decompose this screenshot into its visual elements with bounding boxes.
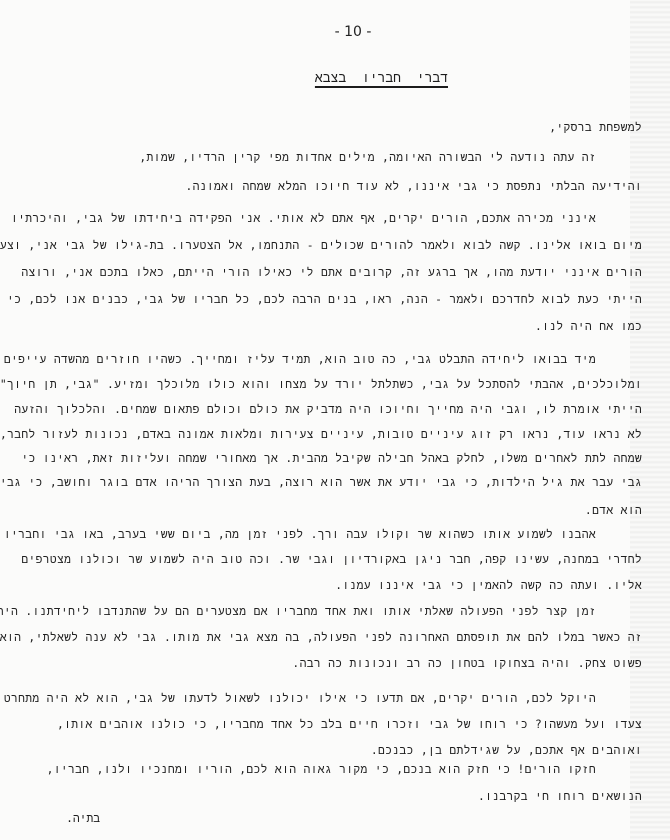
text-line: מיד בבואו ליחידה התבלט גבי, כה טוב הוא, … xyxy=(4,353,596,367)
text-line: והידיעה הבלתי נתפסת כי גבי איננו, לא עוד… xyxy=(185,180,642,194)
salutation: למשפחת ברסקי, xyxy=(549,121,642,135)
text-line: זה עתה נודעה לי הבשורה האיומה, מילים אחד… xyxy=(139,151,596,165)
document-page: - 10 - דברי חבריו בצבא למשפחת ברסקי, זה … xyxy=(0,0,670,840)
text-line: צעדו ועל מעשהו? כי רוחו של גבי וזכרו חיי… xyxy=(57,718,642,732)
page-number: - 10 - xyxy=(0,24,670,40)
document-title: דברי חבריו בצבא xyxy=(315,71,448,86)
text-line: אליו. ועתה כה קשה להאמין כי גבי איננו עמ… xyxy=(335,579,642,593)
text-line: לחדרי במחנה, עשינו קפה, חבר ניגן באקורדי… xyxy=(21,553,642,567)
text-line: ואוהבים אף אתכם, על שגידלתם בן, כבנכם. xyxy=(371,744,642,758)
text-line: אהבנו לשמוע אותו כשהוא שר וקולו עבה ורך.… xyxy=(4,528,596,542)
text-line: זמן קצר לפני הפעולה שאלתי אותו ואת אחד מ… xyxy=(0,605,596,619)
text-line: הנושאים רוחו חי בקרבנו. xyxy=(478,790,642,804)
text-line: גבי עבר את גיל הילדות, כי גבי יודע את אש… xyxy=(0,476,642,490)
text-line: הייתי אומרת לו, וגבי היה מחייך וחיוכו הי… xyxy=(14,403,642,417)
text-line: לא נראו עוד, נראו רק זוג עיניים טובות, ע… xyxy=(0,428,642,442)
text-line: כמו אח היה לנו. xyxy=(535,320,642,334)
text-line: היוקל לכם, הורים יקרים, אם תדעו כי אילו … xyxy=(0,692,596,706)
text-line: ומלוכלכים, אהבתי להסתכל על גבי, כשתלתל י… xyxy=(0,378,642,392)
text-line: אינני מכירה אתכם, הורים יקרים, אף אתם לא… xyxy=(11,212,596,226)
text-line: חזקו הורים! כי חזק הוא בנכם, כי מקור גאו… xyxy=(47,763,596,777)
text-line: הוא אדם. xyxy=(585,504,642,518)
signature: בתיה. xyxy=(66,812,100,826)
text-line: הייתי כעת לבוא לחדרכם ולאמר - הנה, ראו, … xyxy=(7,293,642,307)
text-line: פשוט צחק. והיה בצחוקו בטחון כה רב ונכונו… xyxy=(292,657,642,671)
text-line: מיום בואו אלינו. קשה לבוא ולאמר להורים ש… xyxy=(0,239,642,253)
text-line: זה כאשר במלו להם את תופסתם האחרונה לפני … xyxy=(0,631,642,645)
text-line: הורים אינני יודעת מהו, אך ברגע זה, קרובי… xyxy=(21,266,642,280)
text-line: שמחה לתת לאחרים משלו, לחלק באהל חבילה שק… xyxy=(21,452,642,466)
